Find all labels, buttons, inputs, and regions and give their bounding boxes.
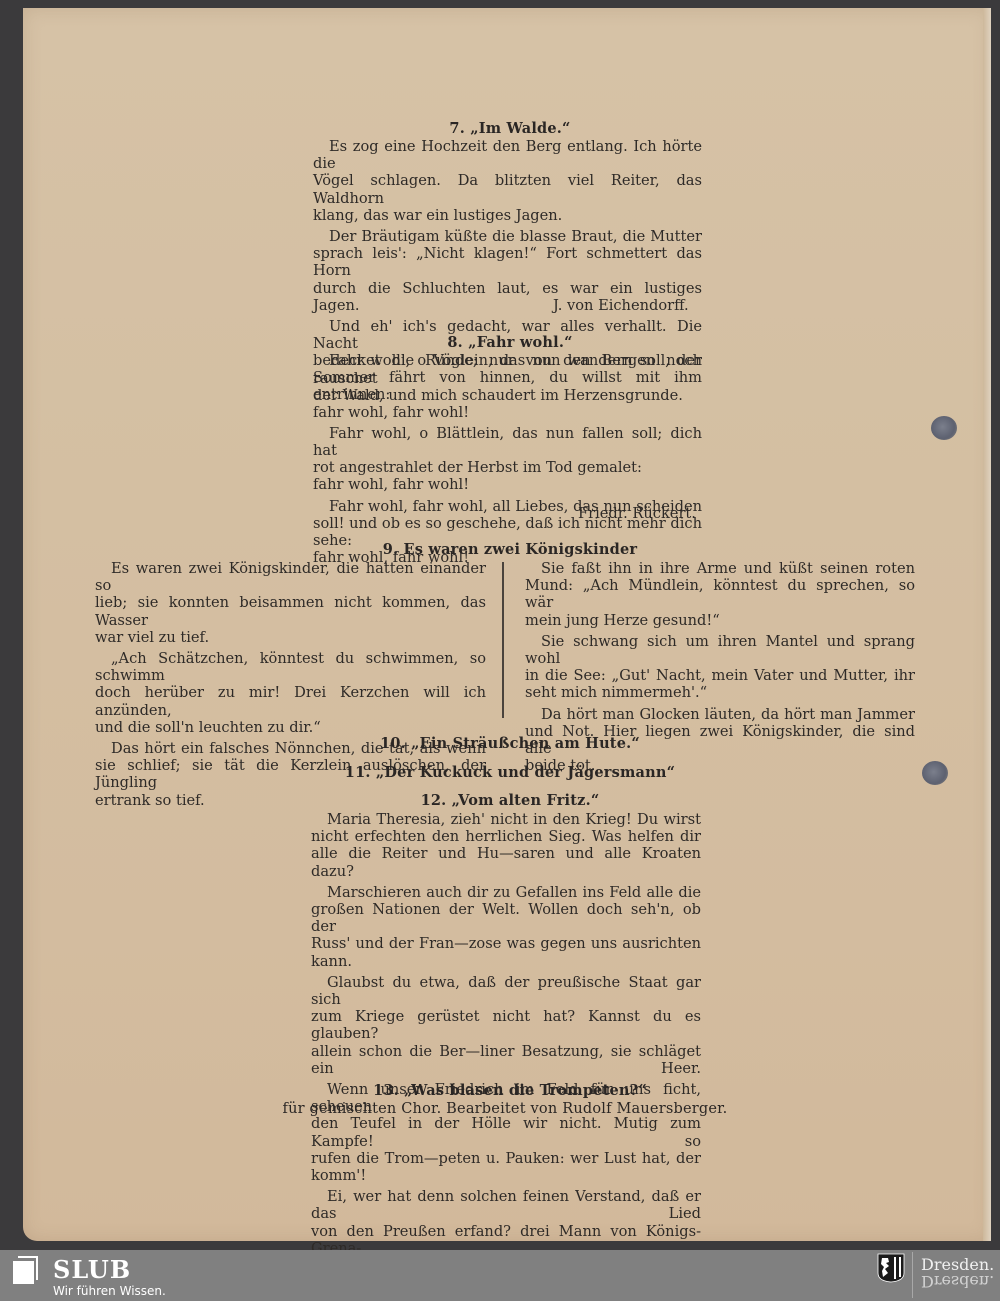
text-line: allein schon die Ber—liner Besatzung, si…	[311, 1043, 701, 1077]
text-line: Sommer fährt von hinnen, du willst mit i…	[313, 369, 702, 403]
text-line: klang, das war ein lustiges Jagen.	[313, 207, 702, 224]
text-line: großen Nationen der Welt. Wollen doch se…	[311, 901, 701, 935]
text-line: den Teufel in der Hölle wir nicht. Mutig…	[311, 1115, 701, 1149]
slub-book-icon[interactable]	[10, 1254, 40, 1284]
text-line: mein jung Herze gesund!“	[525, 612, 915, 629]
dresden-crest-icon[interactable]	[877, 1253, 905, 1283]
text-line: fahr wohl, fahr wohl!	[313, 476, 702, 493]
section-11-heading: 11. „Der Kuckuck und der Jägersmann“	[300, 764, 720, 781]
section-8-heading: 8. „Fahr wohl.“	[300, 334, 720, 351]
paragraph: Sie faßt ihn in ihre Arme und küßt seine…	[525, 560, 915, 629]
section-12-body: Maria Theresia, zieh' nicht in den Krieg…	[311, 811, 701, 1291]
section-13-subtitle: für gemischten Chor. Bearbeitet von Rudo…	[280, 1101, 730, 1117]
paragraph: Es waren zwei Königskinder, die hatten e…	[95, 560, 486, 646]
text-line: alle die Reiter und Hu—saren und alle Kr…	[311, 845, 701, 879]
text-line: Da hört man Glocken läuten, da hört man …	[525, 706, 915, 723]
text-line: Der Bräutigam küßte die blasse Braut, di…	[313, 228, 702, 245]
text-line: rufen die Trom—peten u. Pauken: wer Lust…	[311, 1150, 701, 1184]
section-7-author: J. von Eichendorff.	[553, 297, 689, 314]
paragraph: Maria Theresia, zieh' nicht in den Krieg…	[311, 811, 701, 880]
text-line: rot angestrahlet der Herbst im Tod gemal…	[313, 459, 702, 476]
paragraph: „Ach Schätzchen, könntest du schwimmen, …	[95, 650, 486, 736]
text-line: sprach leis': „Nicht klagen!“ Fort schme…	[313, 245, 702, 279]
dresden-wordmark-mirror: Dresden.	[921, 1272, 994, 1291]
column-divider	[502, 562, 504, 718]
text-line: Marschieren auch dir zu Gefallen ins Fel…	[311, 884, 701, 901]
footer-separator	[912, 1252, 913, 1298]
text-line: seht mich nimmermeh'.“	[525, 684, 915, 701]
paragraph: Fahr wohl, o Vöglein, das nun wandern so…	[313, 352, 702, 421]
text-line: nicht erfechten den herrlichen Sieg. Was…	[311, 828, 701, 845]
section-9-heading: 9. Es waren zwei Königskinder	[300, 541, 720, 558]
text-line: in die See: „Gut' Nacht, mein Vater und …	[525, 667, 915, 684]
paragraph: Fahr wohl, o Blättlein, das nun fallen s…	[313, 425, 702, 494]
text-line: Sie schwang sich um ihren Mantel und spr…	[525, 633, 915, 667]
text-line: Vögel schlagen. Da blitzten viel Reiter,…	[313, 172, 702, 206]
text-line: war viel zu tief.	[95, 629, 486, 646]
text-line: Ei, wer hat denn solchen feinen Verstand…	[311, 1188, 701, 1222]
paragraph: Glaubst du etwa, daß der preußische Staa…	[311, 974, 701, 1077]
section-7-heading: 7. „Im Walde.“	[300, 120, 720, 137]
slub-brand[interactable]: SLUB	[53, 1255, 131, 1284]
text-line: fahr wohl, fahr wohl!	[313, 404, 702, 421]
text-line: Es zog eine Hochzeit den Berg entlang. I…	[313, 138, 702, 172]
text-line: „Ach Schätzchen, könntest du schwimmen, …	[95, 650, 486, 684]
text-line: Fahr wohl, o Blättlein, das nun fallen s…	[313, 425, 702, 459]
text-line: Maria Theresia, zieh' nicht in den Krieg…	[311, 811, 701, 828]
paragraph: Es zog eine Hochzeit den Berg entlang. I…	[313, 138, 702, 224]
text-line: Russ' und der Fran—zose was gegen uns au…	[311, 935, 701, 969]
section-10-heading: 10. „Ein Sträußchen am Hute.“	[300, 735, 720, 752]
text-line: lieb; sie konnten beisammen nicht kommen…	[95, 594, 486, 628]
section-13-heading: 13. „Was blasen die Trompeten?“	[300, 1082, 720, 1099]
text-line: und die soll'n leuchten zu dir.“	[95, 719, 486, 736]
text-line: Fahr wohl, o Vöglein, das nun wandern so…	[313, 352, 702, 369]
text-line: Mund: „Ach Mündlein, könntest du spreche…	[525, 577, 915, 611]
document-content: 7. „Im Walde.“ Es zog eine Hochzeit den …	[0, 0, 1000, 1250]
paragraph: Sie schwang sich um ihren Mantel und spr…	[525, 633, 915, 702]
text-line: zum Kriege gerüstet nicht hat? Kannst du…	[311, 1008, 701, 1042]
text-line: Es waren zwei Königskinder, die hatten e…	[95, 560, 486, 594]
text-line: Glaubst du etwa, daß der preußische Staa…	[311, 974, 701, 1008]
text-line: doch herüber zu mir! Drei Kerzchen will …	[95, 684, 486, 718]
section-12-heading: 12. „Vom alten Fritz.“	[300, 792, 720, 809]
text-line: Sie faßt ihn in ihre Arme und küßt seine…	[525, 560, 915, 577]
section-8-body: Fahr wohl, o Vöglein, das nun wandern so…	[313, 352, 702, 566]
paragraph: Marschieren auch dir zu Gefallen ins Fel…	[311, 884, 701, 970]
slub-tagline: Wir führen Wissen.	[53, 1284, 166, 1298]
section-8-author: Friedr. Rückert.	[578, 505, 696, 522]
